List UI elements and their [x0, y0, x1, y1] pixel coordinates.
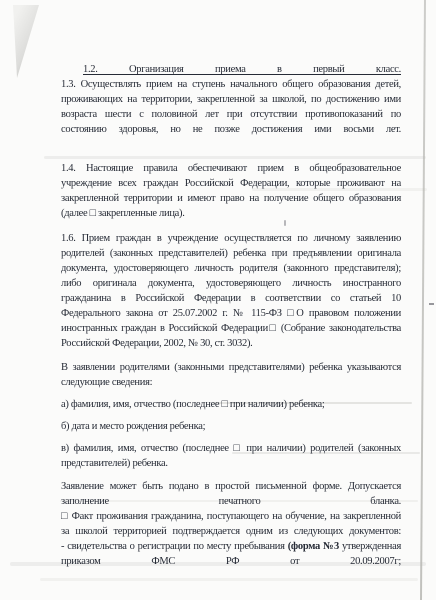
paragraph-1-3: 1.3. Осуществлять прием на ступень начал…: [61, 77, 401, 137]
text-line: приказом ФМС РФ от 20.09.2007г;: [61, 554, 401, 569]
text-line: 1.6. Прием граждан в учреждение осуществ…: [61, 231, 401, 246]
text-line: следующие сведения:: [61, 375, 401, 390]
scan-mark: [429, 303, 434, 305]
text-line: Российской Федерации, 2002, № 30, ст. 30…: [61, 336, 401, 351]
paragraph-1-6: 1.6. Прием граждан в учреждение осуществ…: [61, 231, 401, 351]
text-line: б) дата и место рождения ребенка;: [61, 419, 401, 434]
text-line: родителей (законных представителей) ребе…: [61, 246, 401, 261]
text-line: гражданина в Российской Федерации в соот…: [61, 291, 401, 306]
text-line: либо оригинала документа, удостоверяющег…: [61, 276, 401, 291]
scanned-page: 1.2. Организация приема в первый класс.1…: [0, 0, 436, 600]
text-line: за школой территорией подтверждается одн…: [61, 524, 401, 539]
text-line: документа, удостоверяющего личность роди…: [61, 261, 401, 276]
text-line: закрепленной территории и имеют право на…: [61, 191, 401, 206]
text-line: а) фамилия, имя, отчество (последнее □ п…: [61, 397, 401, 412]
text-line: проживающих на территории, закрепленной …: [61, 92, 401, 107]
text-line: Федерального закона от 25.07.2002 г. № 1…: [61, 306, 401, 321]
folded-corner: [0, 0, 60, 90]
text-line: 1.2. Организация приема в первый класс.: [83, 62, 401, 77]
text-line: В заявлении родителями (законными предст…: [61, 360, 401, 375]
bold-text-segment: (форма №3: [288, 541, 339, 552]
text-line: представителей) ребенка.: [61, 456, 401, 471]
list-item-v: в) фамилия, имя, отчество (последнее □ п…: [61, 441, 401, 471]
list-item-a: а) фамилия, имя, отчество (последнее □ п…: [61, 397, 401, 412]
text-line: 1.3. Осуществлять прием на ступень начал…: [61, 77, 401, 92]
text-line: (далее □ закрепленные лица).: [61, 206, 401, 221]
page-edge-line: [420, 0, 426, 600]
document-body: 1.2. Организация приема в первый класс.1…: [61, 62, 401, 569]
text-line: Заявление может быть подано в простой пи…: [61, 479, 401, 494]
text-line: заполнение печатного бланка.: [61, 494, 401, 509]
paragraph-application-form: Заявление может быть подано в простой пи…: [61, 479, 401, 569]
paragraph-1-4: 1.4. Настоящие правила обеспечивают прие…: [61, 161, 401, 221]
text-line: учреждение всех граждан Российской Федер…: [61, 176, 401, 191]
text-segment: утвержденная: [339, 541, 401, 552]
text-line: иностранных граждан в Российской Федерац…: [61, 321, 401, 336]
text-line: □ Факт проживания гражданина, поступающе…: [61, 509, 401, 524]
text-line: в) фамилия, имя, отчество (последнее □ п…: [61, 441, 401, 456]
paragraph-application-info: В заявлении родителями (законными предст…: [61, 360, 401, 390]
list-item-b: б) дата и место рождения ребенка;: [61, 419, 401, 434]
text-line: 1.4. Настоящие правила обеспечивают прие…: [61, 161, 401, 176]
text-line: возраста шести с половиной лет при отсут…: [61, 107, 401, 122]
text-segment: - свидетельства о регистрации по месту п…: [61, 541, 288, 552]
scan-streak: [40, 578, 418, 581]
text-line: состоянию здоровья, но не позже достижен…: [61, 122, 401, 137]
text-line: - свидетельства о регистрации по месту п…: [61, 539, 401, 554]
section-1-2-heading: 1.2. Организация приема в первый класс.: [61, 62, 401, 77]
